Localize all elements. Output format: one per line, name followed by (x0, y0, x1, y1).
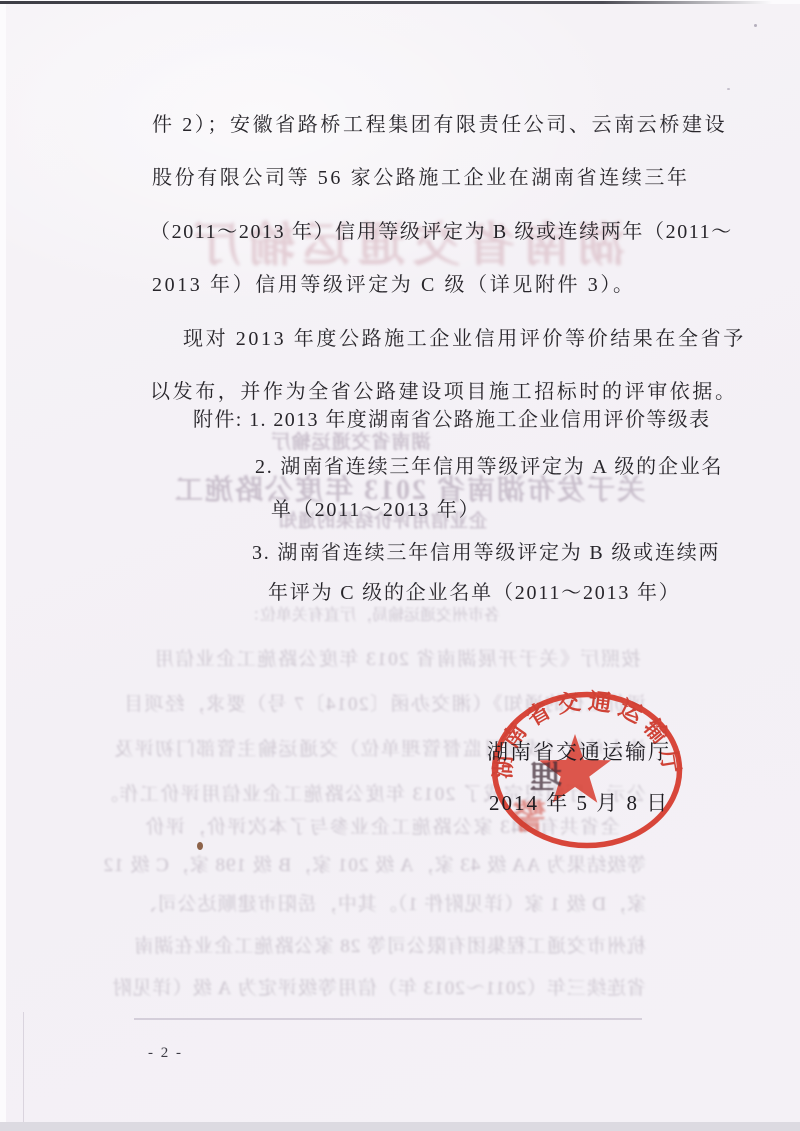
attachments-line2: 2. 湖南省连续三年信用等级评定为 A 级的企业名 (255, 450, 723, 479)
paragraph1-line4: 2013 年）信用等级评定为 C 级（详见附件 3）。 (152, 268, 636, 297)
bleedthrough-footer-rule (134, 1018, 642, 1020)
attachments-line1: 附件: 1. 2013 年度湖南省公路施工企业信用评价等级表 (193, 403, 711, 432)
bleedthrough-salutation: 各市州交通运输局，厅直有关单位： (268, 602, 500, 625)
signature-date: 2014 年 5 月 8 日 (489, 787, 669, 817)
dust-speck (754, 24, 757, 27)
signature-organization: 湖南省交通运输厅 (487, 736, 671, 766)
bleedthrough-body-line: 杭州市交通工程集团有限公司等 28 家公路施工企业在湖南 (148, 931, 646, 958)
scan-bottom-edge (0, 1122, 800, 1131)
attachments-line4: 3. 湖南省连续三年信用等级评定为 B 级或连续两 (252, 536, 720, 565)
bleedthrough-body-line: 家，D 级 1 家（详见附件 1）。其中，岳阳市建顺达公司、 (148, 889, 646, 916)
page-number: - 2 - (148, 1045, 183, 1062)
dust-speck (197, 842, 203, 850)
attachments-line5: 年评为 C 级的企业名单（2011～2013 年） (268, 576, 681, 605)
bleedthrough-body-line: 按照厅《关于开展湖南省 2013 年度公路施工企业信用 (148, 644, 646, 671)
bleedthrough-body-line: 等级结果为 AA 级 43 家，A 级 201 家，B 级 198 家，C 级 … (148, 850, 646, 877)
attachments-line3: 单（2011～2013 年） (271, 493, 480, 522)
page-fold-line (23, 1012, 24, 1122)
scanned-document-page: 湖南省交通运输厅 湖南省交通运输厅 关于发布湖南省 2013 年度公路施工 企业… (0, 0, 800, 1131)
paragraph2-line1: 现对 2013 年度公路施工企业信用评价等价结果在全省予 (183, 322, 746, 351)
paragraph2-line2: 以发布，并作为全省公路建设项目施工招标时的评审依据。 (150, 375, 738, 404)
paragraph1-line2: 股份有限公司等 56 家公路施工企业在湖南省连续三年 (152, 161, 690, 190)
paragraph1-line1: 件 2）；安徽省路桥工程集团有限责任公司、云南云桥建设 (152, 108, 727, 137)
paragraph1-line3: （2011～2013 年）信用等级评定为 B 级或连续两年（2011～ (150, 215, 733, 244)
bleedthrough-body-line: 省连续三年（2011～2013 年）信用等级评定为 A 级（详见附 (148, 973, 646, 1000)
scan-top-edge (0, 1, 772, 4)
dust-speck (727, 88, 730, 90)
